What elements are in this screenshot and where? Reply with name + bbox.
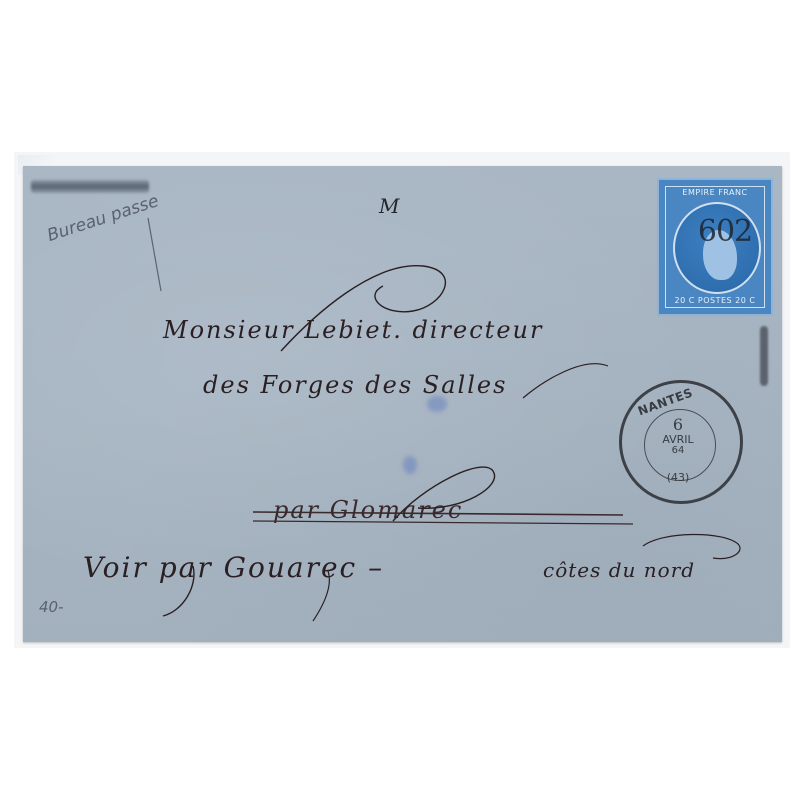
- postmark-department: (43): [622, 471, 734, 484]
- cancel-number: 602: [677, 214, 773, 249]
- stamp-top-text: EMPIRE FRANC: [669, 187, 761, 199]
- stamp-bottom-text: 20 C POSTES 20 C: [669, 295, 761, 307]
- postage-stamp: EMPIRE FRANC 602 20 C POSTES 20 C: [659, 180, 771, 314]
- side-ink-mark: [760, 326, 768, 386]
- blue-ink-spot: [403, 456, 417, 474]
- envelope-cover: Bureau passe 40- M Monsieur Lebiet. dire…: [23, 166, 782, 642]
- blue-ink-spot: [427, 396, 447, 412]
- postmark-year: 64: [622, 445, 734, 456]
- postmark-cancel: NANTES 6 AVRIL 64 (43): [619, 380, 743, 504]
- postmark-day: 6: [622, 415, 734, 434]
